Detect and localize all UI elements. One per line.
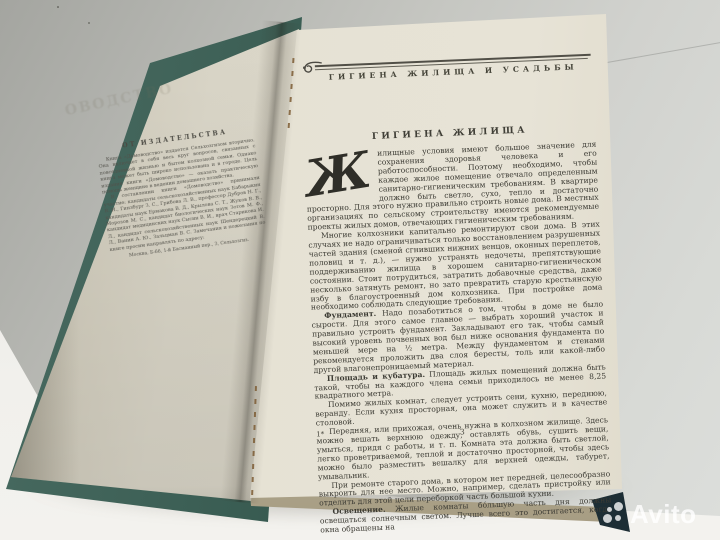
avito-watermark: Avito [598,500,720,540]
drop-cap: Ж [302,149,374,205]
body-text: Жилищные условия имеют большое значение … [304,141,612,536]
avito-logo-dot [615,515,621,521]
avito-logo-dot [614,502,623,511]
avito-logo-dot [607,507,612,512]
running-head-band: ГИГИЕНА ЖИЛИЩА И УСАДЬБЫ [315,54,591,83]
avito-watermark-label: Avito [630,499,697,530]
body-paragraph: Многие колхозники капитально ремонтируют… [308,221,603,313]
avito-logo-dot [603,514,612,523]
wall-speck [57,6,59,8]
page-number: 3 [460,427,465,436]
book-photo-scene: ОВОДСТВО ОТ ИЗДАТЕЛЬСТВА Книга «Домоводс… [0,0,720,540]
left-page-content: ОТ ИЗДАТЕЛЬСТВА Книга «Домоводство» изда… [96,125,268,262]
flourish-ornament-icon [301,60,324,77]
right-page-content: ГИГИЕНА ЖИЛИЩА И УСАДЬБЫ ГИГИЕНА ЖИЛИЩА … [297,10,613,502]
wall-speck [88,22,90,24]
body-paragraph: Жилищные условия имеют большое значение … [304,141,599,233]
signature-mark: 1* [316,430,324,438]
wall-crease-line [605,42,720,64]
